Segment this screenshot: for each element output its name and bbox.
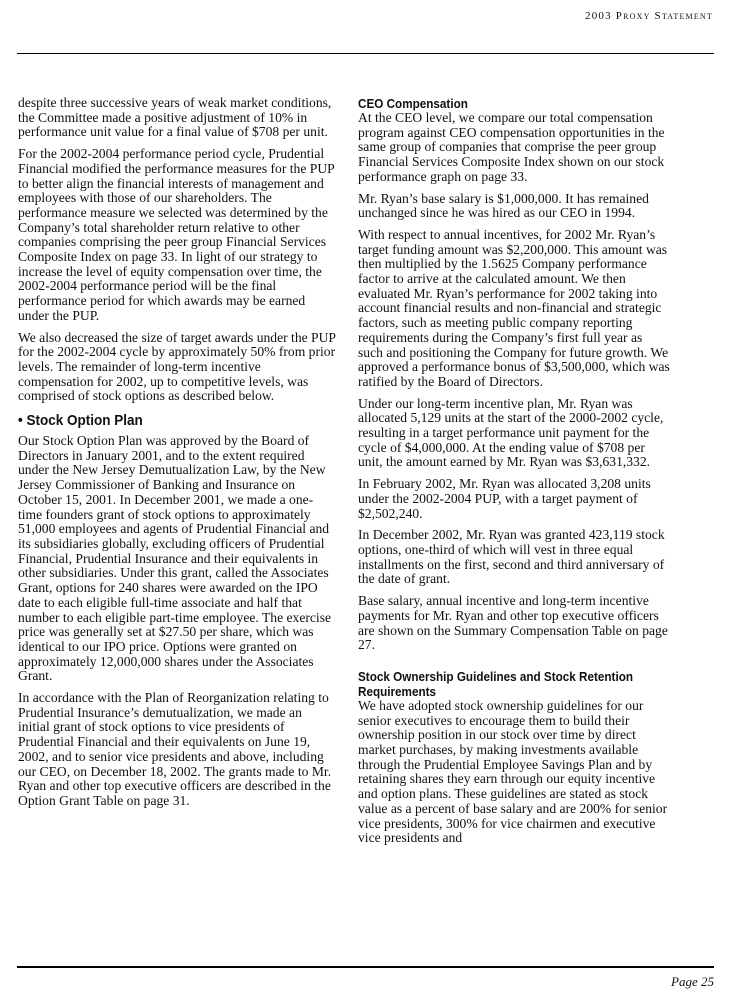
- running-head: 2003 Proxy Statement: [585, 10, 713, 22]
- heading-stock-ownership-guidelines: Stock Ownership Guidelines and Stock Ret…: [358, 669, 669, 699]
- paragraph: Our Stock Option Plan was approved by th…: [18, 434, 336, 684]
- paragraph: despite three successive years of weak m…: [18, 96, 336, 140]
- footer-rule: [17, 966, 714, 968]
- page-number: Page 25: [671, 974, 714, 990]
- section-heading-stock-option-plan: • Stock Option Plan: [18, 413, 304, 428]
- paragraph: In accordance with the Plan of Reorganiz…: [18, 691, 336, 809]
- paragraph: Mr. Ryan’s base salary is $1,000,000. It…: [358, 192, 670, 221]
- paragraph: We have adopted stock ownership guidelin…: [358, 699, 670, 846]
- paragraph: We also decreased the size of target awa…: [18, 331, 336, 405]
- heading-ceo-compensation: CEO Compensation: [358, 96, 639, 111]
- paragraph: At the CEO level, we compare our total c…: [358, 111, 670, 185]
- paragraph: For the 2002-2004 performance period cyc…: [18, 147, 336, 323]
- paragraph: Under our long-term incentive plan, Mr. …: [358, 397, 670, 471]
- paragraph: With respect to annual incentives, for 2…: [358, 228, 670, 390]
- left-column: despite three successive years of weak m…: [18, 96, 336, 816]
- paragraph: In December 2002, Mr. Ryan was granted 4…: [358, 528, 670, 587]
- right-column: CEO Compensation At the CEO level, we co…: [358, 96, 670, 853]
- paragraph: In February 2002, Mr. Ryan was allocated…: [358, 477, 670, 521]
- paragraph: Base salary, annual incentive and long-t…: [358, 594, 670, 653]
- header-rule: [17, 53, 714, 54]
